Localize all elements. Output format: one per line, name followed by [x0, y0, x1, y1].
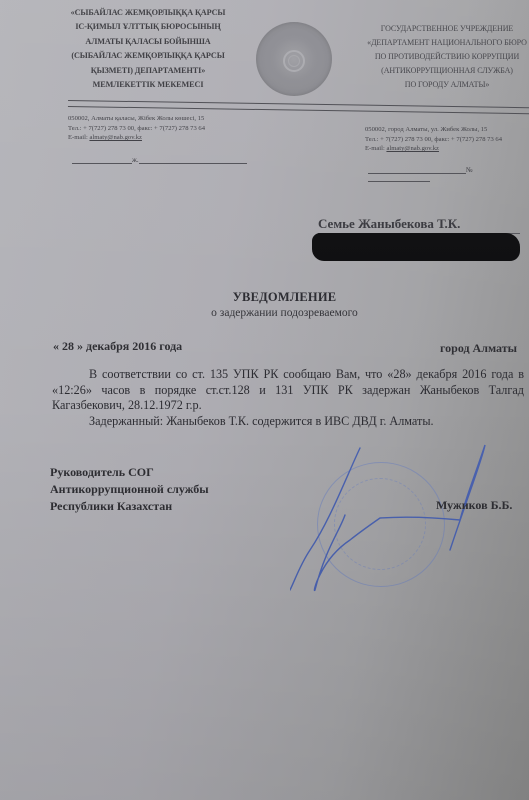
ref-blank [368, 181, 430, 182]
signer-position: Руководитель СОГ Антикоррупционной служб… [50, 464, 209, 515]
email-link[interactable]: almaty@nab.gov.kz [89, 134, 142, 141]
document-subtitle: о задержании подозреваемого [40, 307, 529, 319]
recipient-name: Семье Жаныбекова Т.К. [318, 216, 520, 234]
address-line: 050002, город Алматы, ул. Жибек Жолы, 15 [365, 125, 529, 135]
header-org-russian: ГОСУДАРСТВЕННОЕ УЧРЕЖДЕНИЕ «ДЕПАРТАМЕНТ … [352, 22, 529, 92]
org-line: ПО ГОРОДУ АЛМАТЫ» [352, 78, 529, 92]
email-line: E-mail: almaty@nab.gov.kz [68, 133, 288, 143]
redacted-address [312, 233, 520, 261]
header-org-kazakh: «СЫБАЙЛАС ЖЕМҚОРЛЫҚҚА ҚАРСЫ ІС-ҚИМЫЛ ҰЛТ… [58, 6, 238, 92]
ref-blank [139, 163, 247, 164]
document-title: УВЕДОМЛЕНИЕ [40, 290, 529, 305]
email-label: E-mail: [365, 145, 386, 152]
ref-line-kazakh: ж. [72, 156, 247, 164]
email-line: E-mail: almaty@nab.gov.kz [365, 144, 529, 154]
org-line: (АНТИКОРРУПЦИОННАЯ СЛУЖБА) [352, 64, 529, 78]
header-divider [68, 100, 529, 114]
body-paragraph: Задержанный: Жаныбеков Т.К. содержится в… [52, 414, 524, 430]
handwritten-signature [290, 440, 490, 600]
org-line: ІС-ҚИМЫЛ ҰЛТТЫҚ БЮРОСЫНЫҢ [58, 20, 238, 34]
phone-line: Тел.: + 7(727) 278 73 00, факс: + 7(727)… [68, 124, 288, 134]
signer-name: Мужиков Б.Б. [436, 498, 512, 513]
address-line: 050002, Алматы қаласы, Жібек Жолы көшесі… [68, 114, 288, 124]
org-line: ГОСУДАРСТВЕННОЕ УЧРЕЖДЕНИЕ [352, 22, 529, 36]
ref-blank [368, 173, 466, 174]
document-body: В соответствии со ст. 135 УПК РК сообщаю… [52, 367, 524, 429]
document-date: « 28 » декабря 2016 года [53, 339, 182, 354]
document-page: «СЫБАЙЛАС ЖЕМҚОРЛЫҚҚА ҚАРСЫ ІС-ҚИМЫЛ ҰЛТ… [0, 0, 529, 800]
document-city: город Алматы [440, 341, 517, 356]
ref-marker: № [466, 166, 473, 174]
position-line: Руководитель СОГ [50, 464, 209, 481]
ref-blank [72, 163, 132, 164]
body-paragraph: В соответствии со ст. 135 УПК РК сообщаю… [52, 367, 524, 414]
ref-line-russian: № [368, 166, 529, 182]
org-line: ПО ПРОТИВОДЕЙСТВИЮ КОРРУПЦИИ [352, 50, 529, 64]
org-line: АЛМАТЫ ҚАЛАСЫ БОЙЫНША [58, 35, 238, 49]
email-link[interactable]: almaty@nab.gov.kz [386, 145, 439, 152]
org-line: (СЫБАЙЛАС ЖЕМҚОРЛЫҚҚА ҚАРСЫ [58, 49, 238, 63]
address-block-kazakh: 050002, Алматы қаласы, Жібек Жолы көшесі… [68, 114, 288, 143]
org-line: «СЫБАЙЛАС ЖЕМҚОРЛЫҚҚА ҚАРСЫ [58, 6, 238, 20]
ref-marker: ж. [132, 156, 139, 164]
emblem-inner-ring [288, 55, 300, 67]
email-label: E-mail: [68, 134, 89, 141]
state-emblem-icon [256, 22, 332, 96]
org-line: МЕМЛЕКЕТТІК МЕКЕМЕСІ [58, 78, 238, 92]
address-block-russian: 050002, город Алматы, ул. Жибек Жолы, 15… [365, 125, 529, 154]
org-line: «ДЕПАРТАМЕНТ НАЦИОНАЛЬНОГО БЮРО [352, 36, 529, 50]
position-line: Антикоррупционной службы [50, 481, 209, 498]
position-line: Республики Казахстан [50, 498, 209, 515]
org-line: ҚЫЗМЕТІ) ДЕПАРТАМЕНТІ» [58, 64, 238, 78]
phone-line: Тел.: + 7(727) 278 73 00, факс: + 7(727)… [365, 135, 529, 145]
